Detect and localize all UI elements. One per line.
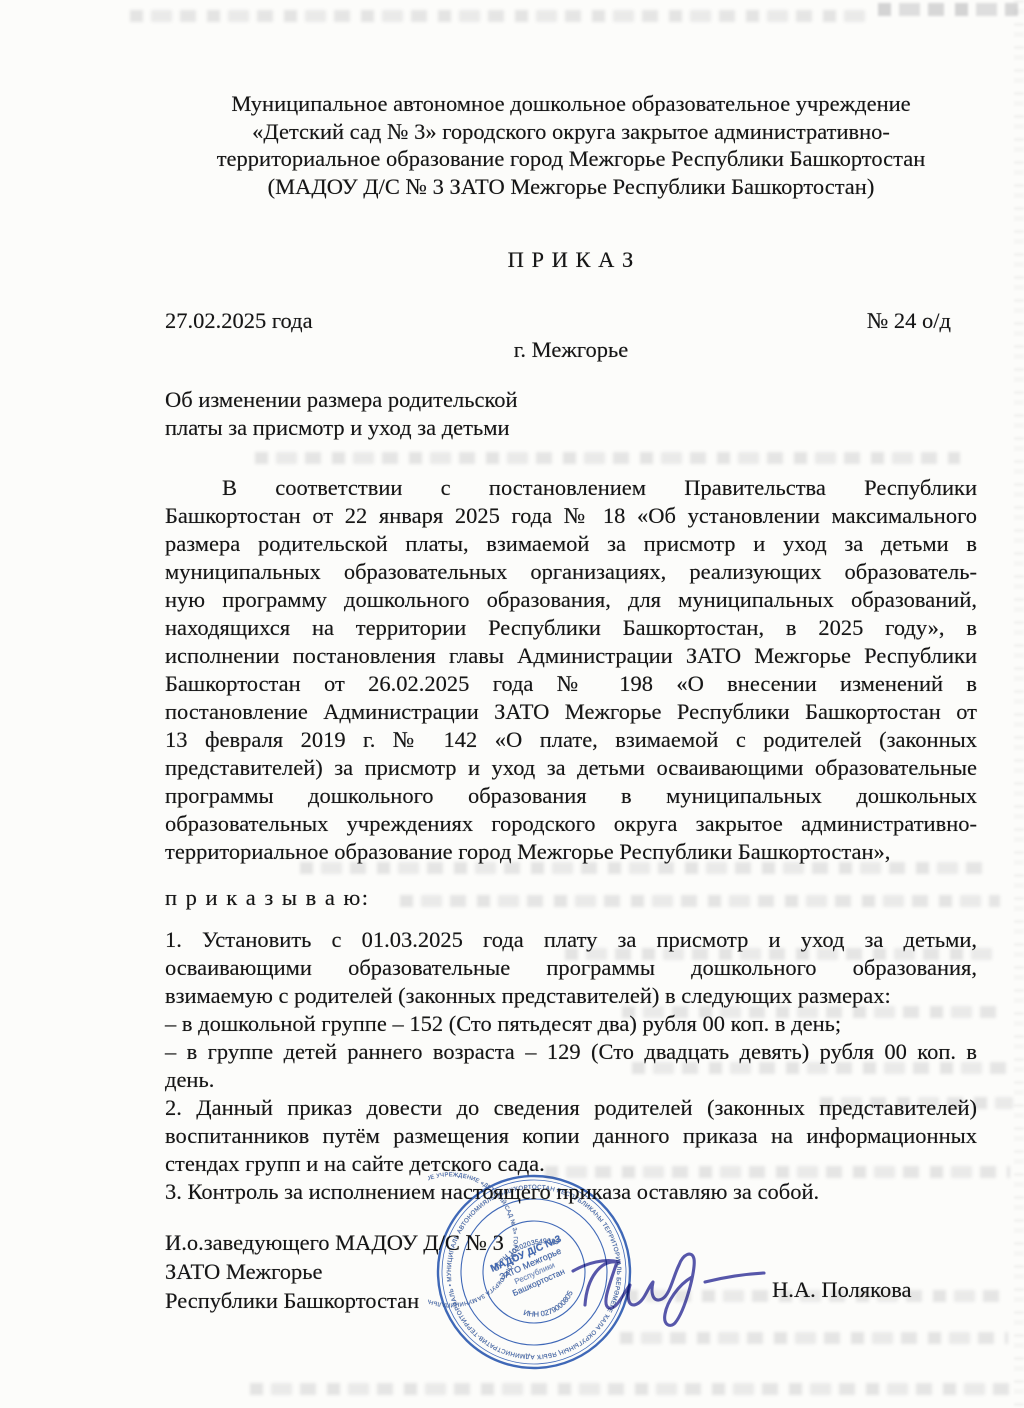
body-line: представителей) за присмотр и уход за де… [165,754,977,782]
bleed-through-artifact [130,10,870,22]
body-line: находящихся на территории Республики Баш… [165,614,977,642]
bleed-through-artifact [255,452,960,464]
org-header-line: территориальное образование город Межгор… [165,145,977,173]
order-items: 1. Установить с 01.03.2025 года плату за… [165,926,977,1206]
order-line: – в дошкольной группе – 152 (Сто пятьдес… [165,1010,977,1038]
bleed-through-artifact [250,1383,1013,1395]
body-line: программы дошкольного образования в муни… [165,782,977,810]
body-line: Башкортостан от 22 января 2025 года № 18… [165,502,977,530]
document-number: № 24 о/д [867,307,951,335]
document-title: П Р И К А З [165,246,977,274]
order-line: – в группе детей раннего возраста – 129 … [165,1038,977,1066]
document-subject: Об изменении размера родительскойплаты з… [165,386,977,442]
body-line: постановление Администрации ЗАТО Межгорь… [165,698,977,726]
scanned-order-document: Муниципальное автономное дошкольное обра… [0,0,1024,1408]
body-paragraph: В соответствии с постановлением Правител… [165,474,977,866]
body-line: размера родительской платы, взимаемой за… [165,530,977,558]
decree-word: п р и к а з ы в а ю: [165,884,977,912]
order-line: воспитанников путём размещения копии дан… [165,1122,977,1150]
document-date: 27.02.2025 года [165,307,313,335]
org-header-line: (МАДОУ Д/С № 3 ЗАТО Межгорье Республики … [165,173,977,201]
body-line: В соответствии с постановлением Правител… [165,474,977,502]
order-line: 1. Установить с 01.03.2025 года плату за… [165,926,977,954]
body-line: ную программу дошкольного образования, д… [165,586,977,614]
org-header-line: Муниципальное автономное дошкольное обра… [165,90,977,118]
order-line: осваивающими образовательные программы д… [165,954,977,982]
order-line: взимаемую с родителей (законных представ… [165,982,977,1010]
order-line: день. [165,1066,977,1094]
subject-line: Об изменении размера родительской [165,386,977,414]
subject-line: платы за присмотр и уход за детьми [165,414,977,442]
org-header: Муниципальное автономное дошкольное обра… [165,90,977,200]
org-header-line: «Детский сад № 3» городского округа закр… [165,118,977,146]
body-line: исполнении постановления главы Администр… [165,642,977,670]
bleed-through-artifact [878,3,1018,16]
document-place: г. Межгорье [165,336,977,364]
body-line: образовательных учреждениях городского о… [165,810,977,838]
handwritten-signature [565,1225,800,1355]
scan-edge-noise [1014,0,1024,1408]
body-line: муниципальных образовательных организаци… [165,558,977,586]
date-number-row: 27.02.2025 года № 24 о/д [165,307,977,335]
order-line: 2. Данный приказ довести до сведения род… [165,1094,977,1122]
body-line: территориальное образование город Межгор… [165,838,977,866]
body-line: 13 февраля 2019 г. № 142 «О плате, взима… [165,726,977,754]
body-line: Башкортостан от 26.02.2025 года № 198 «О… [165,670,977,698]
